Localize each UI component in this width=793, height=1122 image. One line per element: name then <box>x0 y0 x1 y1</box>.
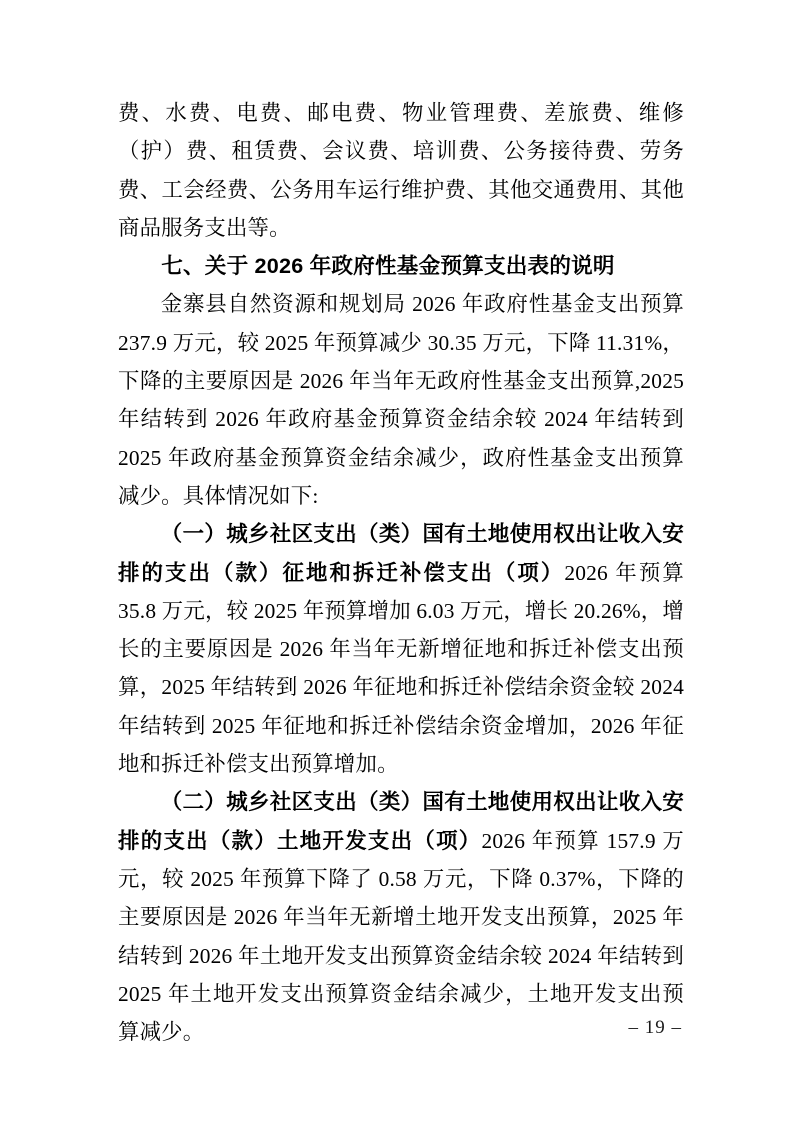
item-1-body: 2026 年预算 35.8 万元，较 2025 年预算增加 6.03 万元，增长… <box>118 561 684 776</box>
paragraph-overview: 金寨县自然资源和规划局 2026 年政府性基金支出预算 237.9 万元，较 2… <box>118 285 684 515</box>
paragraph-item-1: （一）城乡社区支出（类）国有土地使用权出让收入安排的支出（款）征地和拆迁补偿支出… <box>118 515 684 783</box>
page-number: – 19 – <box>629 1015 683 1041</box>
document-page: 费、水费、电费、邮电费、物业管理费、差旅费、维修（护）费、租赁费、会议费、培训费… <box>0 0 793 1122</box>
item-2-body: 2026 年预算 157.9 万元，较 2025 年预算下降了 0.58 万元，… <box>118 829 684 1044</box>
paragraph-item-2: （二）城乡社区支出（类）国有土地使用权出让收入安排的支出（款）土地开发支出（项）… <box>118 783 684 1051</box>
section-heading: 七、关于 2026 年政府性基金预算支出表的说明 <box>118 247 684 285</box>
document-body: 费、水费、电费、邮电费、物业管理费、差旅费、维修（护）费、租赁费、会议费、培训费… <box>118 94 684 1051</box>
paragraph-continuation: 费、水费、电费、邮电费、物业管理费、差旅费、维修（护）费、租赁费、会议费、培训费… <box>118 94 684 247</box>
